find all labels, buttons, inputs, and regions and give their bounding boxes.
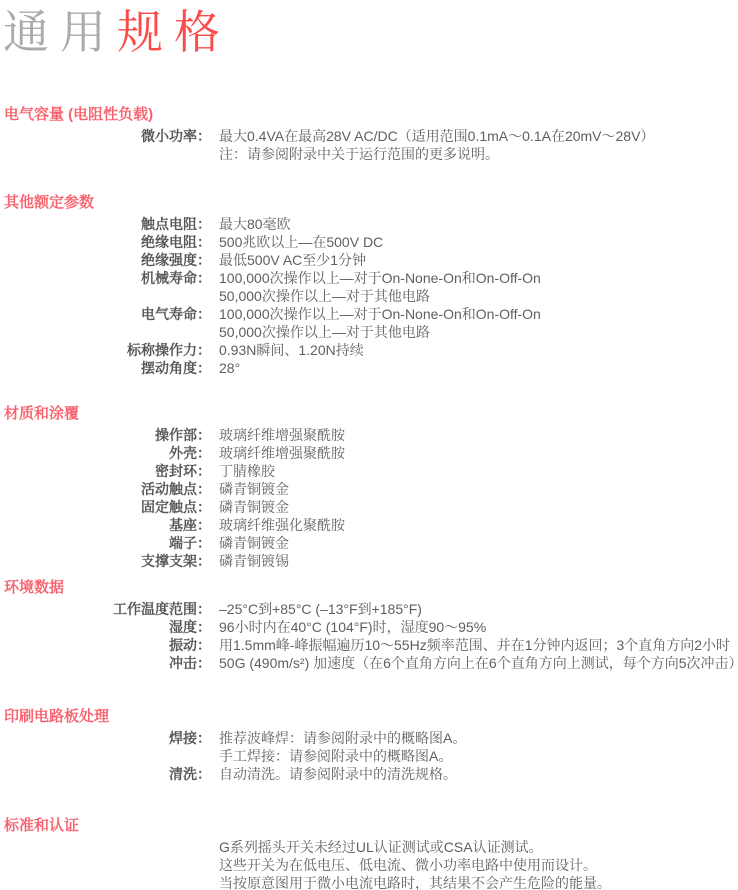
- spec-value-line: 最大0.4VA在最高28V AC/DC（适用范围0.1mA～0.1A在20mV～…: [219, 127, 738, 145]
- section-rows: 工作温度范围：–25°C到+85°C (–13°F到+185°F)湿度：96小时…: [4, 600, 738, 672]
- section-4: 环境数据工作温度范围：–25°C到+85°C (–13°F到+185°F)湿度：…: [4, 579, 738, 672]
- spec-value-line: 玻璃纤维强化聚酰胺: [219, 516, 738, 534]
- spec-value-line: 0.93N瞬间、1.20N持续: [219, 341, 738, 359]
- spec-document-page: 通用规格 电气容量 (电阻性负载)微小功率：最大0.4VA在最高28V AC/D…: [0, 0, 738, 890]
- spec-value-line: 手工焊接：请参阅附录中的概略图A。: [219, 747, 738, 765]
- spec-row: 机械寿命：100,000次操作以上—对于On-None-On和On-Off-On…: [4, 269, 738, 305]
- spec-label: 外壳：: [4, 444, 211, 462]
- spec-value-line: 丁腈橡胶: [219, 462, 738, 480]
- spec-row: 电气寿命：100,000次操作以上—对于On-None-On和On-Off-On…: [4, 305, 738, 341]
- spec-value: 最大0.4VA在最高28V AC/DC（适用范围0.1mA～0.1A在20mV～…: [219, 127, 738, 163]
- spec-value: 磷青铜镀金: [219, 498, 738, 516]
- spec-label: 摆动角度：: [4, 359, 211, 377]
- section-header: 标准和认证: [4, 817, 738, 834]
- spec-row: 密封环：丁腈橡胶: [4, 462, 738, 480]
- spec-value: 最大80毫欧: [219, 215, 738, 233]
- spec-value: 丁腈橡胶: [219, 462, 738, 480]
- section-rows: G系列摇头开关未经过UL认证测试或CSA认证测试。这些开关为在低电压、低电流、微…: [4, 838, 738, 890]
- spec-value: 100,000次操作以上—对于On-None-On和On-Off-On50,00…: [219, 269, 738, 305]
- section-rows: 焊接：推荐波峰焊：请参阅附录中的概略图A。手工焊接：请参阅附录中的概略图A。清洗…: [4, 729, 738, 783]
- spec-label: 微小功率：: [4, 127, 211, 163]
- spec-value: 磷青铜镀金: [219, 480, 738, 498]
- spec-value-line: 50G (490m/s²) 加速度（在6个直角方向上在6个直角方向上测试，每个方…: [219, 654, 738, 672]
- page-title: 通用规格: [0, 0, 738, 58]
- spec-row: 端子：磷青铜镀金: [4, 534, 738, 552]
- spec-value: G系列摇头开关未经过UL认证测试或CSA认证测试。这些开关为在低电压、低电流、微…: [219, 838, 738, 890]
- spec-value-line: 28°: [219, 359, 738, 377]
- spec-value-line: 注：请参阅附录中关于运行范围的更多说明。: [219, 145, 738, 163]
- spec-value-line: 自动清洗。请参阅附录中的清洗规格。: [219, 765, 738, 783]
- spec-value-line: 最低500V AC至少1分钟: [219, 251, 738, 269]
- spec-label: 工作温度范围：: [4, 600, 211, 618]
- page-title-gray-part: 通用: [3, 6, 117, 58]
- spec-label: 清洗：: [4, 765, 211, 783]
- spec-label: 密封环：: [4, 462, 211, 480]
- spec-label: 触点电阻：: [4, 215, 211, 233]
- spec-row: 支撑支架：磷青铜镀锡: [4, 552, 738, 570]
- spec-label: 焊接：: [4, 729, 211, 765]
- page-title-red-part: 规格: [117, 6, 231, 58]
- spec-row: 绝缘强度：最低500V AC至少1分钟: [4, 251, 738, 269]
- section-rows: 微小功率：最大0.4VA在最高28V AC/DC（适用范围0.1mA～0.1A在…: [4, 127, 738, 163]
- spec-value-line: G系列摇头开关未经过UL认证测试或CSA认证测试。: [219, 838, 738, 856]
- spec-value: 0.93N瞬间、1.20N持续: [219, 341, 738, 359]
- spec-row: 外壳：玻璃纤维增强聚酰胺: [4, 444, 738, 462]
- spec-row: 绝缘电阻：500兆欧以上—在500V DC: [4, 233, 738, 251]
- section-5: 印刷电路板处理焊接：推荐波峰焊：请参阅附录中的概略图A。手工焊接：请参阅附录中的…: [4, 708, 738, 783]
- spec-value-line: 50,000次操作以上—对于其他电路: [219, 323, 738, 341]
- spec-value-line: 50,000次操作以上—对于其他电路: [219, 287, 738, 305]
- spec-row: 湿度：96小时内在40°C (104°F)时，湿度90～95%: [4, 618, 738, 636]
- sections-container: 电气容量 (电阻性负载)微小功率：最大0.4VA在最高28V AC/DC（适用范…: [0, 106, 738, 890]
- spec-label: 振动：: [4, 636, 211, 654]
- spec-value-line: 最大80毫欧: [219, 215, 738, 233]
- spec-value: 玻璃纤维增强聚酰胺: [219, 426, 738, 444]
- spec-row: 摆动角度：28°: [4, 359, 738, 377]
- spec-row: G系列摇头开关未经过UL认证测试或CSA认证测试。这些开关为在低电压、低电流、微…: [4, 838, 738, 890]
- spec-value-line: 96小时内在40°C (104°F)时，湿度90～95%: [219, 618, 738, 636]
- spec-value-line: 当按原意图用于微小电流电路时，其结果不会产生危险的能量。: [219, 874, 738, 890]
- spec-value-line: 磷青铜镀锡: [219, 552, 738, 570]
- spec-row: 基座：玻璃纤维强化聚酰胺: [4, 516, 738, 534]
- spec-value-line: 磷青铜镀金: [219, 498, 738, 516]
- spec-label: 湿度：: [4, 618, 211, 636]
- spec-value-line: 玻璃纤维增强聚酰胺: [219, 426, 738, 444]
- section-rows: 触点电阻：最大80毫欧绝缘电阻：500兆欧以上—在500V DC绝缘强度：最低5…: [4, 215, 738, 377]
- spec-value: 28°: [219, 359, 738, 377]
- spec-value-line: 用1.5mm峰-峰振幅遍历10～55Hz频率范围、并在1分钟内返回；3个直角方向…: [219, 636, 738, 654]
- spec-value-line: 磷青铜镀金: [219, 534, 738, 552]
- section-3: 材质和涂覆操作部：玻璃纤维增强聚酰胺外壳：玻璃纤维增强聚酰胺密封环：丁腈橡胶活动…: [4, 405, 738, 570]
- spec-row: 标称操作力：0.93N瞬间、1.20N持续: [4, 341, 738, 359]
- section-rows: 操作部：玻璃纤维增强聚酰胺外壳：玻璃纤维增强聚酰胺密封环：丁腈橡胶活动触点：磷青…: [4, 426, 738, 570]
- spec-row: 操作部：玻璃纤维增强聚酰胺: [4, 426, 738, 444]
- spec-row: 清洗：自动清洗。请参阅附录中的清洗规格。: [4, 765, 738, 783]
- section-header: 环境数据: [4, 579, 738, 596]
- spec-value-line: –25°C到+85°C (–13°F到+185°F): [219, 600, 738, 618]
- spec-value: –25°C到+85°C (–13°F到+185°F): [219, 600, 738, 618]
- section-header: 其他额定参数: [4, 194, 738, 211]
- spec-value: 磷青铜镀金: [219, 534, 738, 552]
- spec-label: 绝缘电阻：: [4, 233, 211, 251]
- spec-label: 绝缘强度：: [4, 251, 211, 269]
- spec-label: 固定触点：: [4, 498, 211, 516]
- spec-value-line: 推荐波峰焊：请参阅附录中的概略图A。: [219, 729, 738, 747]
- spec-value-line: 玻璃纤维增强聚酰胺: [219, 444, 738, 462]
- spec-row: 振动：用1.5mm峰-峰振幅遍历10～55Hz频率范围、并在1分钟内返回；3个直…: [4, 636, 738, 654]
- spec-label: 标称操作力：: [4, 341, 211, 359]
- spec-value-line: 500兆欧以上—在500V DC: [219, 233, 738, 251]
- spec-value: 玻璃纤维强化聚酰胺: [219, 516, 738, 534]
- spec-row: 冲击：50G (490m/s²) 加速度（在6个直角方向上在6个直角方向上测试，…: [4, 654, 738, 672]
- spec-row: 工作温度范围：–25°C到+85°C (–13°F到+185°F): [4, 600, 738, 618]
- spec-label: 电气寿命：: [4, 305, 211, 341]
- section-header: 材质和涂覆: [4, 405, 738, 422]
- spec-value-line: 100,000次操作以上—对于On-None-On和On-Off-On: [219, 305, 738, 323]
- section-1: 电气容量 (电阻性负载)微小功率：最大0.4VA在最高28V AC/DC（适用范…: [4, 106, 738, 163]
- spec-value-line: 磷青铜镀金: [219, 480, 738, 498]
- section-2: 其他额定参数触点电阻：最大80毫欧绝缘电阻：500兆欧以上—在500V DC绝缘…: [4, 194, 738, 377]
- spec-row: 活动触点：磷青铜镀金: [4, 480, 738, 498]
- spec-row: 固定触点：磷青铜镀金: [4, 498, 738, 516]
- spec-label: [4, 838, 211, 890]
- spec-label: 冲击：: [4, 654, 211, 672]
- spec-value: 玻璃纤维增强聚酰胺: [219, 444, 738, 462]
- spec-value: 推荐波峰焊：请参阅附录中的概略图A。手工焊接：请参阅附录中的概略图A。: [219, 729, 738, 765]
- spec-label: 端子：: [4, 534, 211, 552]
- spec-value: 100,000次操作以上—对于On-None-On和On-Off-On50,00…: [219, 305, 738, 341]
- spec-row: 焊接：推荐波峰焊：请参阅附录中的概略图A。手工焊接：请参阅附录中的概略图A。: [4, 729, 738, 765]
- spec-value: 自动清洗。请参阅附录中的清洗规格。: [219, 765, 738, 783]
- spec-value: 用1.5mm峰-峰振幅遍历10～55Hz频率范围、并在1分钟内返回；3个直角方向…: [219, 636, 738, 654]
- spec-label: 支撑支架：: [4, 552, 211, 570]
- spec-value: 磷青铜镀锡: [219, 552, 738, 570]
- section-header: 印刷电路板处理: [4, 708, 738, 725]
- section-header: 电气容量 (电阻性负载): [4, 106, 738, 123]
- section-6: 标准和认证G系列摇头开关未经过UL认证测试或CSA认证测试。这些开关为在低电压、…: [4, 817, 738, 890]
- spec-value-line: 这些开关为在低电压、低电流、微小功率电路中使用而设计。: [219, 856, 738, 874]
- spec-row: 触点电阻：最大80毫欧: [4, 215, 738, 233]
- spec-value: 50G (490m/s²) 加速度（在6个直角方向上在6个直角方向上测试，每个方…: [219, 654, 738, 672]
- spec-label: 操作部：: [4, 426, 211, 444]
- spec-label: 机械寿命：: [4, 269, 211, 305]
- spec-label: 基座：: [4, 516, 211, 534]
- spec-row: 微小功率：最大0.4VA在最高28V AC/DC（适用范围0.1mA～0.1A在…: [4, 127, 738, 163]
- spec-value: 500兆欧以上—在500V DC: [219, 233, 738, 251]
- spec-value: 96小时内在40°C (104°F)时，湿度90～95%: [219, 618, 738, 636]
- spec-value: 最低500V AC至少1分钟: [219, 251, 738, 269]
- spec-label: 活动触点：: [4, 480, 211, 498]
- spec-value-line: 100,000次操作以上—对于On-None-On和On-Off-On: [219, 269, 738, 287]
